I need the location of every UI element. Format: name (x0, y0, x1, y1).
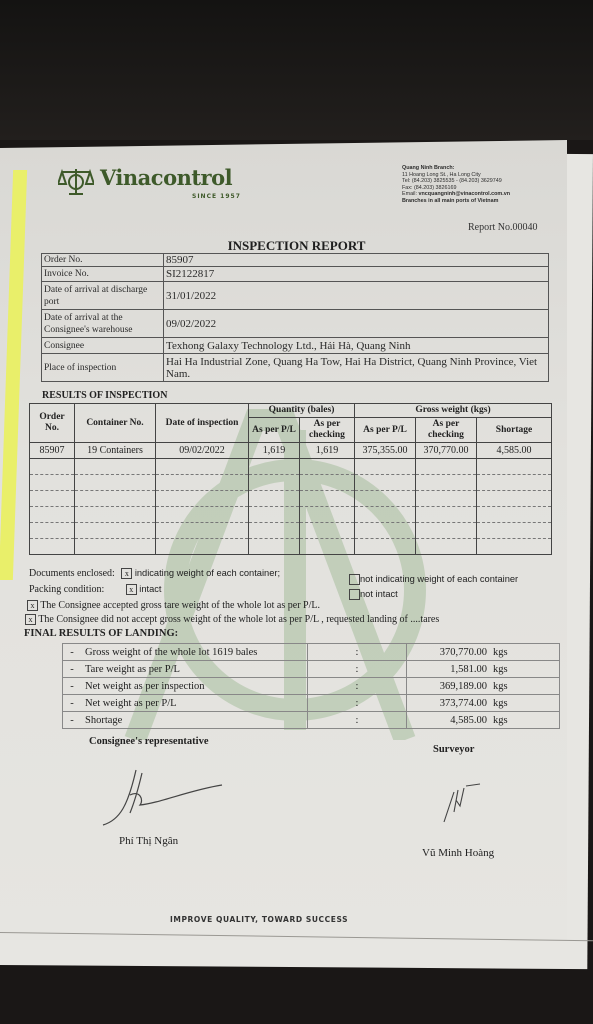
final-value: 1,581.00 (407, 661, 488, 678)
final-colon: : (308, 712, 407, 729)
results-table: Order No. Container No. Date of inspecti… (29, 403, 552, 555)
documents-label: Documents enclosed: (29, 568, 115, 579)
info-label: Invoice No. (42, 267, 164, 282)
col-weight-group: Gross weight (kgs) (355, 404, 552, 418)
table-cell (156, 491, 249, 507)
info-value: Hai Ha Industrial Zone, Quang Ha Tow, Ha… (164, 354, 549, 382)
table-cell (30, 491, 75, 507)
table-cell (249, 523, 300, 539)
surveyor-signature-icon (440, 782, 490, 827)
info-label: Date of arrival at the Consignee's wareh… (42, 310, 164, 338)
packing-no-line: not intact (349, 589, 398, 600)
col-wt-pl: As per P/L (355, 418, 416, 443)
table-cell (477, 491, 552, 507)
col-shortage: Shortage (477, 418, 552, 443)
col-container-no: Container No. (75, 404, 156, 443)
packing-yes-checkbox[interactable]: x (126, 584, 137, 595)
table-cell (30, 523, 75, 539)
table-cell (75, 539, 156, 555)
info-label: Order No. (42, 254, 164, 267)
accepted-line: x The Consignee accepted gross tare weig… (27, 600, 320, 611)
table-cell (156, 523, 249, 539)
documents-yes-text: indicating weight of each container; (135, 568, 280, 578)
table-cell (75, 507, 156, 523)
footer-motto: IMPROVE QUALITY, TOWARD SUCCESS (170, 915, 348, 924)
final-label: Gross weight of the whole lot 1619 bales (81, 644, 308, 661)
info-row: Order No.85907 (42, 254, 549, 267)
table-cell (477, 507, 552, 523)
packing-no-text: not intact (360, 589, 398, 599)
final-colon: : (308, 678, 407, 695)
final-label: Net weight as per P/L (81, 695, 308, 712)
branch-email-label: Email: (402, 191, 418, 197)
table-cell (249, 491, 300, 507)
branch-contact: Quang Ninh Branch: 11 Hoang Long St., Ha… (402, 165, 510, 205)
branch-fax: Fax: (84.203) 3826169 (402, 185, 510, 192)
final-dash: - (63, 678, 82, 695)
documents-yes-checkbox[interactable]: x (121, 568, 132, 579)
table-cell (30, 539, 75, 555)
table-row (30, 507, 552, 523)
table-row (30, 475, 552, 491)
final-results-table: -Gross weight of the whole lot 1619 bale… (62, 643, 560, 729)
accepted-text: The Consignee accepted gross tare weight… (40, 600, 320, 611)
final-dash: - (63, 712, 82, 729)
table-cell (416, 539, 477, 555)
final-result-row: -Shortage:4,585.00kgs (63, 712, 560, 729)
table-row: 8590719 Containers09/02/20221,6191,61937… (30, 443, 552, 459)
info-label: Consignee (42, 338, 164, 354)
brand-tagline: SINCE 1957 (192, 193, 241, 200)
final-unit: kgs (487, 695, 560, 712)
table-cell (477, 523, 552, 539)
table-cell (300, 459, 355, 475)
table-cell (30, 459, 75, 475)
table-row (30, 539, 552, 555)
table-cell: 85907 (30, 443, 75, 459)
branch-email: vncquangninh@vinacontrol.com.vn (418, 191, 510, 197)
col-wt-check: As per checking (416, 418, 477, 443)
table-cell: 375,355.00 (355, 443, 416, 459)
table-cell (300, 523, 355, 539)
info-row: Date of arrival at the Consignee's wareh… (42, 310, 549, 338)
table-cell: 1,619 (300, 443, 355, 459)
info-row: Invoice No.SI2122817 (42, 267, 549, 282)
table-cell (355, 475, 416, 491)
table-cell (30, 507, 75, 523)
packing-label: Packing condition: (29, 584, 104, 595)
col-qty-pl: As per P/L (249, 418, 300, 443)
table-cell (477, 459, 552, 475)
report-number: Report No.00040 (468, 222, 537, 233)
documents-enclosed-line: Documents enclosed: x indicating weight … (29, 568, 280, 579)
table-cell (75, 491, 156, 507)
table-cell (355, 491, 416, 507)
table-cell: 4,585.00 (477, 443, 552, 459)
brand-logo: Vinacontrol SINCE 1957 (58, 167, 232, 197)
consignee-rep-label: Consignee's representative (89, 736, 208, 747)
col-quantity-group: Quantity (bales) (249, 404, 355, 418)
final-colon: : (308, 644, 407, 661)
not-accepted-line: x The Consignee did not accept gross wei… (25, 614, 439, 625)
brand-name: Vinacontrol (100, 167, 232, 189)
table-cell (416, 523, 477, 539)
final-result-row: -Tare weight as per P/L:1,581.00kgs (63, 661, 560, 678)
info-value: Texhong Galaxy Technology Ltd., Hải Hà, … (164, 338, 549, 354)
col-order-no: Order No. (30, 404, 75, 443)
final-label: Shortage (81, 712, 308, 729)
table-cell (300, 491, 355, 507)
scales-icon (58, 167, 94, 197)
branch-name: Quang Ninh Branch: (402, 165, 510, 172)
final-result-row: -Net weight as per P/L:373,774.00kgs (63, 695, 560, 712)
table-cell: 09/02/2022 (156, 443, 249, 459)
documents-no-text: not indicating weight of each container (360, 574, 518, 584)
packing-line: Packing condition: x intact (29, 584, 162, 595)
branch-address: 11 Hoang Long St., Ha Long City (402, 172, 510, 179)
final-unit: kgs (487, 712, 560, 729)
final-value: 4,585.00 (407, 712, 488, 729)
table-cell (416, 475, 477, 491)
final-dash: - (63, 644, 82, 661)
final-value: 369,189.00 (407, 678, 488, 695)
info-row: Date of arrival at discharge port31/01/2… (42, 282, 549, 310)
table-row (30, 523, 552, 539)
branch-ports: Branches in all main ports of Vietnam (402, 198, 510, 205)
table-row (30, 491, 552, 507)
table-cell (156, 459, 249, 475)
table-cell (300, 539, 355, 555)
table-cell: 1,619 (249, 443, 300, 459)
final-results-title: FINAL RESULTS OF LANDING: (24, 628, 178, 639)
table-cell (416, 507, 477, 523)
final-result-row: -Gross weight of the whole lot 1619 bale… (63, 644, 560, 661)
info-value: 31/01/2022 (164, 282, 549, 310)
final-dash: - (63, 661, 82, 678)
table-cell (156, 475, 249, 491)
table-cell (249, 459, 300, 475)
table-cell (156, 539, 249, 555)
table-cell (156, 507, 249, 523)
col-date: Date of inspection (156, 404, 249, 443)
final-unit: kgs (487, 661, 560, 678)
info-value: 85907 (164, 254, 549, 267)
table-cell (355, 507, 416, 523)
branch-tel: Tel: (84.203) 3825535 - (84.203) 3629749 (402, 178, 510, 185)
consignee-signer-name: Phí Thị Ngân (119, 835, 178, 847)
info-value: 09/02/2022 (164, 310, 549, 338)
document-title: INSPECTION REPORT (0, 238, 593, 254)
table-cell (249, 539, 300, 555)
table-cell (75, 475, 156, 491)
table-cell: 370,770.00 (416, 443, 477, 459)
table-cell (355, 539, 416, 555)
background (0, 0, 593, 140)
final-colon: : (308, 661, 407, 678)
table-cell (75, 523, 156, 539)
table-cell (300, 475, 355, 491)
surveyor-label: Surveyor (433, 744, 474, 755)
final-value: 373,774.00 (407, 695, 488, 712)
table-cell (355, 523, 416, 539)
surveyor-signer-name: Vũ Minh Hoàng (422, 847, 494, 859)
table-cell (355, 459, 416, 475)
packing-yes-text: intact (139, 584, 161, 594)
final-label: Net weight as per inspection (81, 678, 308, 695)
table-cell (416, 491, 477, 507)
final-dash: - (63, 695, 82, 712)
not-accepted-checkbox[interactable]: x (25, 614, 36, 625)
documents-no-line: not indicating weight of each container (349, 574, 518, 585)
final-label: Tare weight as per P/L (81, 661, 308, 678)
order-info-table: Order No.85907 Invoice No.SI2122817 Date… (41, 253, 549, 382)
table-cell (75, 459, 156, 475)
final-colon: : (308, 695, 407, 712)
table-cell (416, 459, 477, 475)
info-label: Place of inspection (42, 354, 164, 382)
info-label: Date of arrival at discharge port (42, 282, 164, 310)
table-row (30, 459, 552, 475)
table-cell (249, 507, 300, 523)
results-title: RESULTS OF INSPECTION (42, 390, 167, 401)
final-value: 370,770.00 (407, 644, 488, 661)
info-value: SI2122817 (164, 267, 549, 282)
table-cell (477, 539, 552, 555)
accepted-checkbox[interactable]: x (27, 600, 38, 611)
info-row: ConsigneeTexhong Galaxy Technology Ltd.,… (42, 338, 549, 354)
table-cell (477, 475, 552, 491)
consignee-signature-icon (100, 765, 230, 830)
table-cell (300, 507, 355, 523)
final-unit: kgs (487, 678, 560, 695)
info-row: Place of inspectionHai Ha Industrial Zon… (42, 354, 549, 382)
final-result-row: -Net weight as per inspection:369,189.00… (63, 678, 560, 695)
table-cell (30, 475, 75, 491)
final-unit: kgs (487, 644, 560, 661)
not-accepted-text: The Consignee did not accept gross weigh… (38, 614, 439, 625)
table-cell: 19 Containers (75, 443, 156, 459)
col-qty-check: As per checking (300, 418, 355, 443)
documents-no-checkbox[interactable] (349, 574, 360, 585)
packing-no-checkbox[interactable] (349, 589, 360, 600)
table-cell (249, 475, 300, 491)
